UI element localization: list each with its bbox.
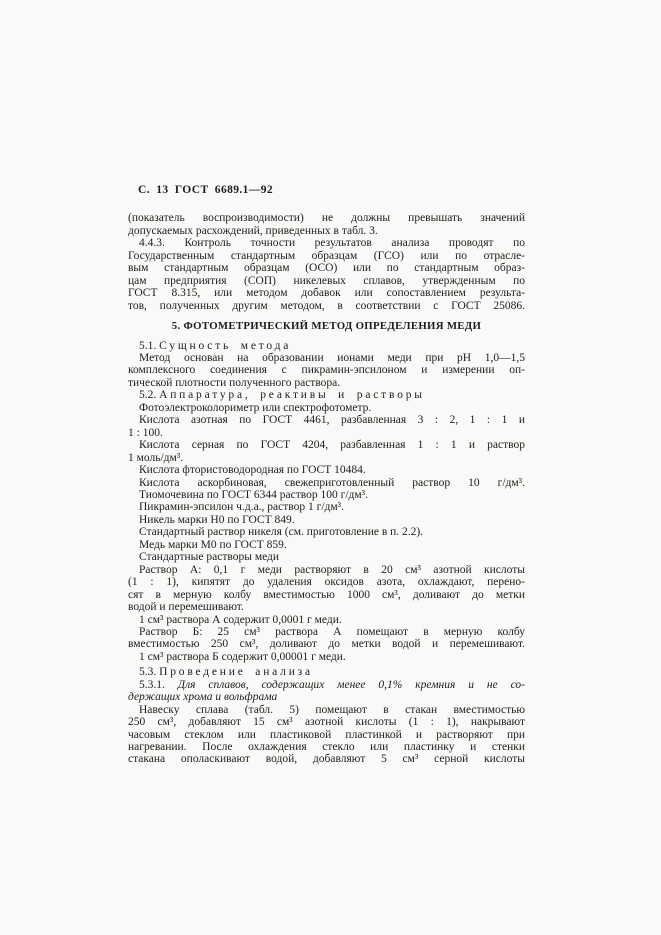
text-line: Метод основан на образовании ионами меди… [128, 352, 525, 364]
clause-52-heading: 5.2. Аппаратура, реактивы и растворы [128, 389, 525, 401]
paragraph-apparatus: Фотоэлектроколориметр или спектрофотомет… [128, 402, 525, 414]
paragraph-ascorbic-acid: Кислота аскорбиновая, свежеприготовленны… [128, 477, 525, 489]
text-line: Раствор Б: 25 см³ раствора А помещают в … [128, 626, 525, 638]
text-line: 1 : 100. [128, 427, 525, 439]
text-line: Кислота фтористоводородная по ГОСТ 10484… [128, 464, 525, 476]
text-line: цам предприятия (СОП) никелевых сплавов,… [128, 275, 525, 287]
text-line: 1 моль/дм³. [128, 452, 525, 464]
text-line: Государственным стандартным образцам (ГС… [128, 250, 525, 262]
clause-53-heading: 5.3. Проведение анализа [128, 666, 525, 678]
clause-title-italic: Для сплавов, содержащих менее 0,1% кремн… [178, 679, 525, 691]
text-line: водой и перемешивают. [128, 601, 525, 613]
text-line: 1 см³ раствора А содержит 0,0001 г меди. [128, 614, 525, 626]
text-line: Никель марки Н0 по ГОСТ 849. [128, 514, 525, 526]
scanned-document-page: С. 13 ГОСТ 6689.1—92 (показатель воспрои… [0, 0, 661, 935]
page-header: С. 13 ГОСТ 6689.1—92 [128, 184, 525, 196]
document-content: С. 13 ГОСТ 6689.1—92 (показатель воспрои… [128, 184, 525, 766]
paragraph-solution-b-content: 1 см³ раствора Б содержит 0,00001 г меди… [128, 651, 525, 663]
paragraph-intro: (показатель воспроизводимости) не должны… [128, 212, 525, 237]
clause-title: Сущность метода [159, 340, 291, 352]
paragraph-procedure: Навеску сплава (табл. 5) помещают в стак… [128, 704, 525, 766]
text-line: Медь марки М0 по ГОСТ 859. [128, 539, 525, 551]
text-line: Фотоэлектроколориметр или спектрофотомет… [128, 402, 525, 414]
text-line: Пикрамин-эпсилон ч.д.а., раствор 1 г/дм³… [128, 501, 525, 513]
text-line: Тиомочевина по ГОСТ 6344 раствор 100 г/д… [128, 489, 525, 501]
paragraph-sulfuric-acid: Кислота серная по ГОСТ 4204, разбавленна… [128, 439, 525, 464]
paragraph-nickel-solution: Стандартный раствор никеля (см. приготов… [128, 526, 525, 538]
text-line: допускаемых расхождений, приведенных в т… [128, 225, 525, 237]
text-line: Навеску сплава (табл. 5) помещают в стак… [128, 704, 525, 716]
paragraph-method: Метод основан на образовании ионами меди… [128, 352, 525, 389]
clause-number: 5.3.1. [139, 679, 165, 691]
paragraph-443: 4.4.3. Контроль точности результатов ана… [128, 237, 525, 312]
text-line: держащих хрома и вольфрама [128, 691, 525, 703]
text-line: Кислота аскорбиновая, свежеприготовленны… [128, 477, 525, 489]
section-5-heading: 5. ФОТОМЕТРИЧЕСКИЙ МЕТОД ОПРЕДЕЛЕНИЯ МЕД… [128, 320, 525, 332]
text-line: стакана ополаскивают водой, добавляют 5 … [128, 753, 525, 765]
text-line: 1 см³ раствора Б содержит 0,00001 г меди… [128, 651, 525, 663]
paragraph-solution-a: Раствор А: 0,1 г меди растворяют в 20 см… [128, 564, 525, 614]
text-line: Стандартные растворы меди [128, 551, 525, 563]
text-line: Кислота серная по ГОСТ 4204, разбавленна… [128, 439, 525, 451]
text-line: тов, полученных другим методом, в соотве… [128, 300, 525, 312]
paragraph-nitric-acid: Кислота азотная по ГОСТ 4461, разбавленн… [128, 414, 525, 439]
clause-number: 5.3. [139, 666, 156, 678]
paragraph-solution-a-content: 1 см³ раствора А содержит 0,0001 г меди. [128, 614, 525, 626]
text-line: сят в мерную колбу вместимостью 1000 см³… [128, 589, 525, 601]
text-line: 4.4.3. Контроль точности результатов ана… [128, 237, 525, 249]
paragraph-copper-solutions: Стандартные растворы меди [128, 551, 525, 563]
text-line: 5.3.1. Для сплавов, содержащих менее 0,1… [128, 679, 525, 691]
text-line: вым стандартным образцам (ОСО) или по ст… [128, 262, 525, 274]
paragraph-hydrofluoric-acid: Кислота фтористоводородная по ГОСТ 10484… [128, 464, 525, 476]
clause-number: 5.2. [139, 389, 156, 401]
text-line: (1 : 1), кипятят до удаления оксидов азо… [128, 576, 525, 588]
clause-number: 5.1. [139, 340, 156, 352]
clause-title: Проведение анализа [159, 666, 313, 678]
text-line: тической плотности полученного раствора. [128, 377, 525, 389]
page-number-and-standard: С. 13 ГОСТ 6689.1—92 [138, 184, 273, 196]
paragraph-thiourea: Тиомочевина по ГОСТ 6344 раствор 100 г/д… [128, 489, 525, 501]
paragraph-nickel: Никель марки Н0 по ГОСТ 849. [128, 514, 525, 526]
text-line: Кислота азотная по ГОСТ 4461, разбавленн… [128, 414, 525, 426]
text-line: вместимостью 250 см³, доливают до метки … [128, 638, 525, 650]
text-line: Стандартный раствор никеля (см. приготов… [128, 526, 525, 538]
clause-title: Аппаратура, реактивы и растворы [159, 389, 425, 401]
clause-531-heading: 5.3.1. Для сплавов, содержащих менее 0,1… [128, 679, 525, 704]
paragraph-picramine: Пикрамин-эпсилон ч.д.а., раствор 1 г/дм³… [128, 501, 525, 513]
text-line: часовым стеклом или пластиковой пластинк… [128, 729, 525, 741]
text-line: Раствор А: 0,1 г меди растворяют в 20 см… [128, 564, 525, 576]
paragraph-copper: Медь марки М0 по ГОСТ 859. [128, 539, 525, 551]
text-line: комплексного соединения с пикрамин-эпсил… [128, 364, 525, 376]
paragraph-solution-b: Раствор Б: 25 см³ раствора А помещают в … [128, 626, 525, 651]
text-line: (показатель воспроизводимости) не должны… [128, 212, 525, 224]
text-line: нагревании. После охлаждения стекло или … [128, 741, 525, 753]
text-line: ГОСТ 8.315, или методом добавок или сопо… [128, 287, 525, 299]
text-line: 250 см³, добавляют 15 см³ азотной кислот… [128, 716, 525, 728]
clause-51-heading: 5.1. Сущность метода [128, 340, 525, 352]
